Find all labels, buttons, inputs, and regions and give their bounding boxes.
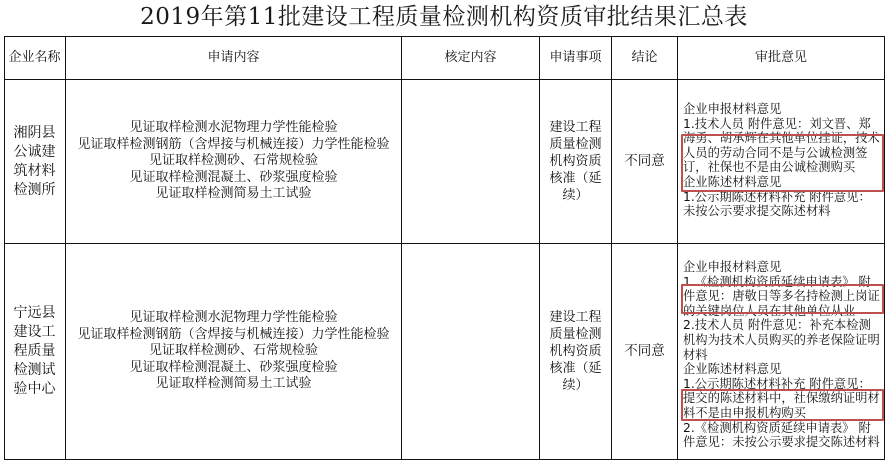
opinion-line: 企业申报材料意见 [683, 260, 781, 275]
content-line: 见证取样检测混凝土、砂浆强度检验 [129, 170, 337, 187]
opinion-line: 2.技术人员 附件意见：补充本检测 [683, 318, 871, 333]
content-line: 见证取样检测砂、石常规检验 [149, 343, 318, 360]
conclusion: 不同意 [612, 244, 678, 460]
approval-opinion: 企业申报材料意见 1.技术人员 附件意见：刘文晋、郑 海勇、胡承辉在其他单位挂证… [678, 80, 885, 244]
application-content: 见证取样检测水泥物理力学性能检验 见证取样检测钢筋（含焊接与机械连接）力学性能检… [66, 80, 402, 244]
opinion-line: 未按公示要求提交陈述材料 [683, 204, 831, 219]
opinion-line: 料不是由申报机构购买 [683, 406, 806, 421]
opinion-line: 企业陈述材料意见 [683, 175, 781, 190]
opinion-line: 人员的劳动合同不是与公诚检测签 [683, 146, 867, 161]
application-item: 建设工程质量检测机构资质核准（延续） [540, 80, 612, 244]
company-name: 湘阴县公诚建筑材料检测所 [4, 80, 66, 244]
opinion-line: 1.技术人员 附件意见：刘文晋、郑 [683, 117, 871, 132]
header-conclusion: 结论 [612, 36, 678, 80]
header-opinion: 审批意见 [678, 36, 885, 80]
opinion-line: 1.公示期陈述材料补充 附件意见： [683, 190, 871, 205]
content-line: 见证取样检测水泥物理力学性能检验 [129, 120, 337, 137]
conclusion: 不同意 [612, 80, 678, 244]
content-line: 见证取样检测钢筋（含焊接与机械连接）力学性能检验 [77, 137, 389, 154]
application-item: 建设工程质量检测机构资质核准（延续） [540, 244, 612, 460]
opinion-line: 订，社保也不是由公诚检测购买 [683, 160, 855, 175]
opinion-line: 机构为技术人员购买的养老保险证明 [683, 333, 880, 348]
opinion-line: 件意见：唐敬日等多名持检测上岗证 [683, 289, 880, 304]
approved-content [402, 244, 540, 460]
opinion-line: 件意见：未按公示要求提交陈述材料 [683, 435, 880, 450]
content-line: 见证取样检测混凝土、砂浆强度检验 [129, 360, 337, 377]
content-line: 见证取样检测简易土工试验 [155, 186, 311, 203]
approved-content [402, 80, 540, 244]
header-application-content: 申请内容 [66, 36, 402, 80]
content-line: 见证取样检测砂、石常规检验 [149, 153, 318, 170]
opinion-line: 1.《检测机构资质延续申请表》 附 [683, 275, 871, 290]
header-approved-content: 核定内容 [402, 36, 540, 80]
header-company: 企业名称 [4, 36, 66, 80]
application-content: 见证取样检测水泥物理力学性能检验 见证取样检测钢筋（含焊接与机械连接）力学性能检… [66, 244, 402, 460]
opinion-line: 提交的陈述材料中，社保缴纳证明材 [683, 391, 880, 406]
opinion-line: 海勇、胡承辉在其他单位挂证，技术 [683, 131, 880, 146]
content-line: 见证取样检测钢筋（含焊接与机械连接）力学性能检验 [77, 327, 389, 344]
header-application-item: 申请事项 [540, 36, 612, 80]
page-title: 2019年第11批建设工程质量检测机构资质审批结果汇总表 [0, 2, 888, 32]
results-table: 企业名称 申请内容 核定内容 申请事项 结论 审批意见 湘阴县公诚建筑材料检测所… [4, 36, 885, 460]
content-line: 见证取样检测简易土工试验 [155, 376, 311, 393]
opinion-line: 2.《检测机构资质延续申请表》 附 [683, 421, 871, 436]
company-name: 宁远县建设工程质量检测试验中心 [4, 244, 66, 460]
content-line: 见证取样检测水泥物理力学性能检验 [129, 310, 337, 327]
opinion-line: 企业申报材料意见 [683, 102, 781, 117]
opinion-line: 企业陈述材料意见 [683, 362, 781, 377]
opinion-line: 材料 [683, 348, 708, 363]
approval-opinion: 企业申报材料意见 1.《检测机构资质延续申请表》 附 件意见：唐敬日等多名持检测… [678, 244, 885, 460]
opinion-line: 1.公示期陈述材料补充 附件意见： [683, 377, 871, 392]
opinion-line: 的关键岗位人员在其他单位从业 [683, 304, 855, 319]
